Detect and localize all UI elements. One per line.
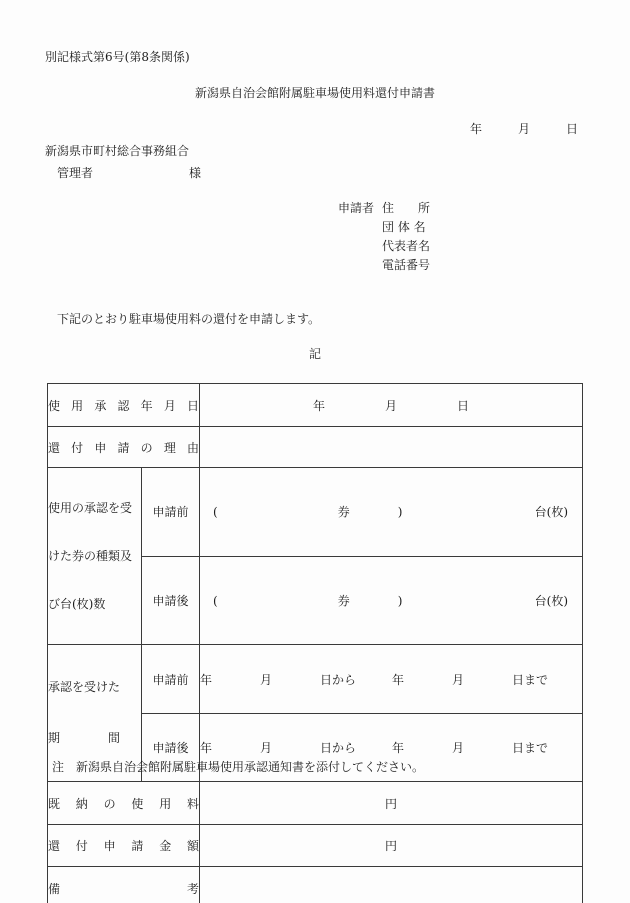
section-marker: 記 — [0, 347, 630, 361]
ticket-before-left: ( 券 ) — [213, 503, 402, 520]
refund-amount-value: 円 — [200, 825, 583, 867]
period-header-line1: 承認を受けた — [48, 679, 141, 696]
applicant-block: 申請者 住 所 団 体 名 代表者名 電話番号 — [338, 199, 430, 275]
row-ticket-before: 使用の承認を受 けた券の種類及 び台(枚)数 申請前 ( 券 ) 台(枚) — [48, 468, 583, 557]
refund-reason-header: 還 付 申 請 の 理 由 — [48, 427, 200, 468]
ticket-header-line3: び台(枚)数 — [48, 596, 141, 612]
row-refund-amount: 還 付 申 請 金 額 円 — [48, 825, 583, 867]
ticket-header-line1: 使用の承認を受 — [48, 500, 141, 516]
applicant-field-phone: 電話番号 — [382, 256, 430, 275]
applicant-field-address: 住 所 — [382, 199, 430, 218]
refund-amount-header: 還 付 申 請 金 額 — [48, 825, 200, 867]
remarks-header: 備 考 — [48, 867, 200, 903]
ticket-after-value: ( 券 ) 台(枚) — [200, 556, 583, 645]
ticket-after-left: ( 券 ) — [213, 592, 402, 609]
remarks-value — [200, 867, 583, 903]
page-title: 新潟県自治会館附属駐車場使用料還付申請書 — [0, 86, 630, 100]
approval-date-value: 年 月 日 — [200, 384, 583, 427]
period-header-line2: 期 間 — [48, 730, 141, 747]
ticket-before-right: 台(枚) — [535, 503, 568, 520]
form-table: 使 用 承 認 年 月 日 年 月 日 還 付 申 請 の 理 由 使用の承認を… — [47, 383, 583, 903]
approval-date-header: 使 用 承 認 年 月 日 — [48, 384, 200, 427]
recipient-org: 新潟県市町村総合事務組合 — [45, 144, 189, 158]
recipient-manager-line: 管理者 様 — [57, 166, 201, 180]
form-number: 別記様式第6号(第8条関係) — [45, 50, 190, 64]
form-page: 別記様式第6号(第8条関係) 新潟県自治会館附属駐車場使用料還付申請書 年 月 … — [0, 0, 630, 903]
applicant-field-organization: 団 体 名 — [382, 218, 430, 237]
ticket-after-right: 台(枚) — [535, 592, 568, 609]
row-refund-reason: 還 付 申 請 の 理 由 — [48, 427, 583, 468]
applicant-label: 申請者 — [338, 199, 374, 275]
ticket-header: 使用の承認を受 けた券の種類及 び台(枚)数 — [48, 468, 142, 645]
ticket-after-label: 申請後 — [142, 556, 200, 645]
row-paid-fee: 既 納 の 使 用 料 円 — [48, 782, 583, 825]
row-period-before: 承認を受けた 期 間 申請前 年 月 日から 年 月 日まで — [48, 645, 583, 714]
refund-reason-value — [200, 427, 583, 468]
paid-fee-header: 既 納 の 使 用 料 — [48, 782, 200, 825]
body-text: 下記のとおり駐車場使用料の還付を申請します。 — [57, 312, 320, 326]
period-before-value: 年 月 日から 年 月 日まで — [200, 645, 583, 714]
paid-fee-value: 円 — [200, 782, 583, 825]
ticket-header-line2: けた券の種類及 — [48, 548, 141, 564]
period-before-label: 申請前 — [142, 645, 200, 714]
row-remarks: 備 考 — [48, 867, 583, 903]
footnote: 注 新潟県自治会館附属駐車場使用承認通知書を添付してください。 — [52, 760, 424, 774]
ticket-before-value: ( 券 ) 台(枚) — [200, 468, 583, 557]
ticket-before-label: 申請前 — [142, 468, 200, 557]
applicant-field-representative: 代表者名 — [382, 237, 430, 256]
date-line: 年 月 日 — [470, 122, 578, 136]
row-approval-date: 使 用 承 認 年 月 日 年 月 日 — [48, 384, 583, 427]
applicant-fields: 住 所 団 体 名 代表者名 電話番号 — [382, 199, 430, 275]
